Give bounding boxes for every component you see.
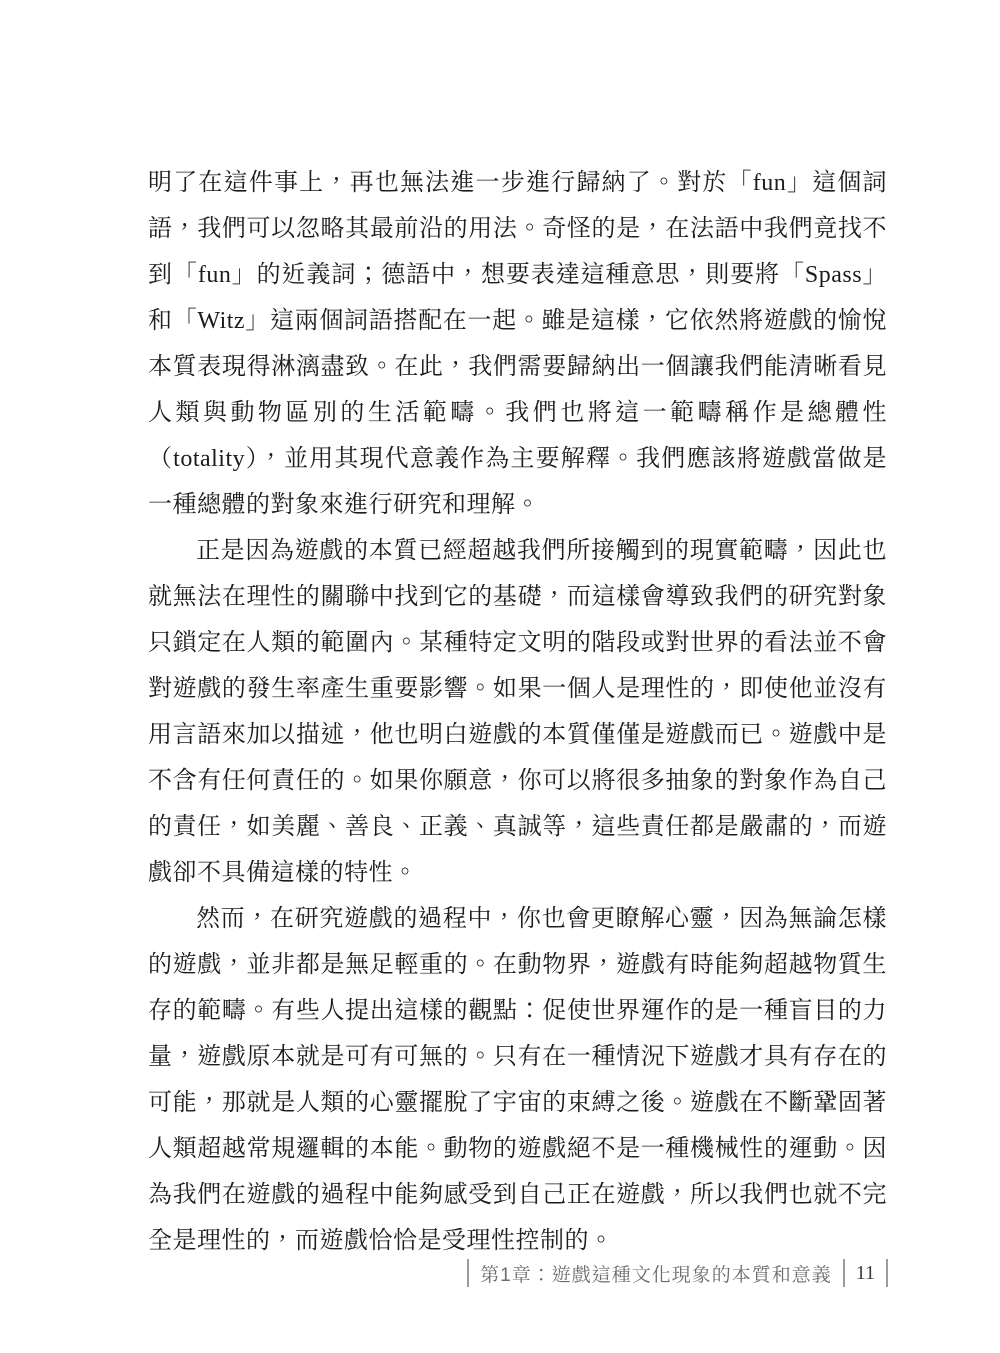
body-paragraph: 明了在這件事上，再也無法進一步進行歸納了。對於「fun」這個詞語，我們可以忽略其… (148, 160, 887, 528)
page-footer: 第1章：遊戲這種文化現象的本質和意義 11 (467, 1259, 888, 1287)
body-paragraph: 然而，在研究遊戲的過程中，你也會更瞭解心靈，因為無論怎樣的遊戲，並非都是無足輕重… (148, 896, 887, 1264)
page-number: 11 (856, 1262, 875, 1285)
page-body-text: 明了在這件事上，再也無法進一步進行歸納了。對於「fun」這個詞語，我們可以忽略其… (148, 160, 887, 1264)
book-page: 明了在這件事上，再也無法進一步進行歸納了。對於「fun」這個詞語，我們可以忽略其… (0, 0, 1000, 1353)
footer-divider (843, 1259, 845, 1287)
chapter-title: 第1章：遊戲這種文化現象的本質和意義 (480, 1260, 832, 1287)
body-paragraph: 正是因為遊戲的本質已經超越我們所接觸到的現實範疇，因此也就無法在理性的關聯中找到… (148, 528, 887, 896)
footer-divider (886, 1259, 888, 1287)
footer-divider (467, 1259, 469, 1287)
